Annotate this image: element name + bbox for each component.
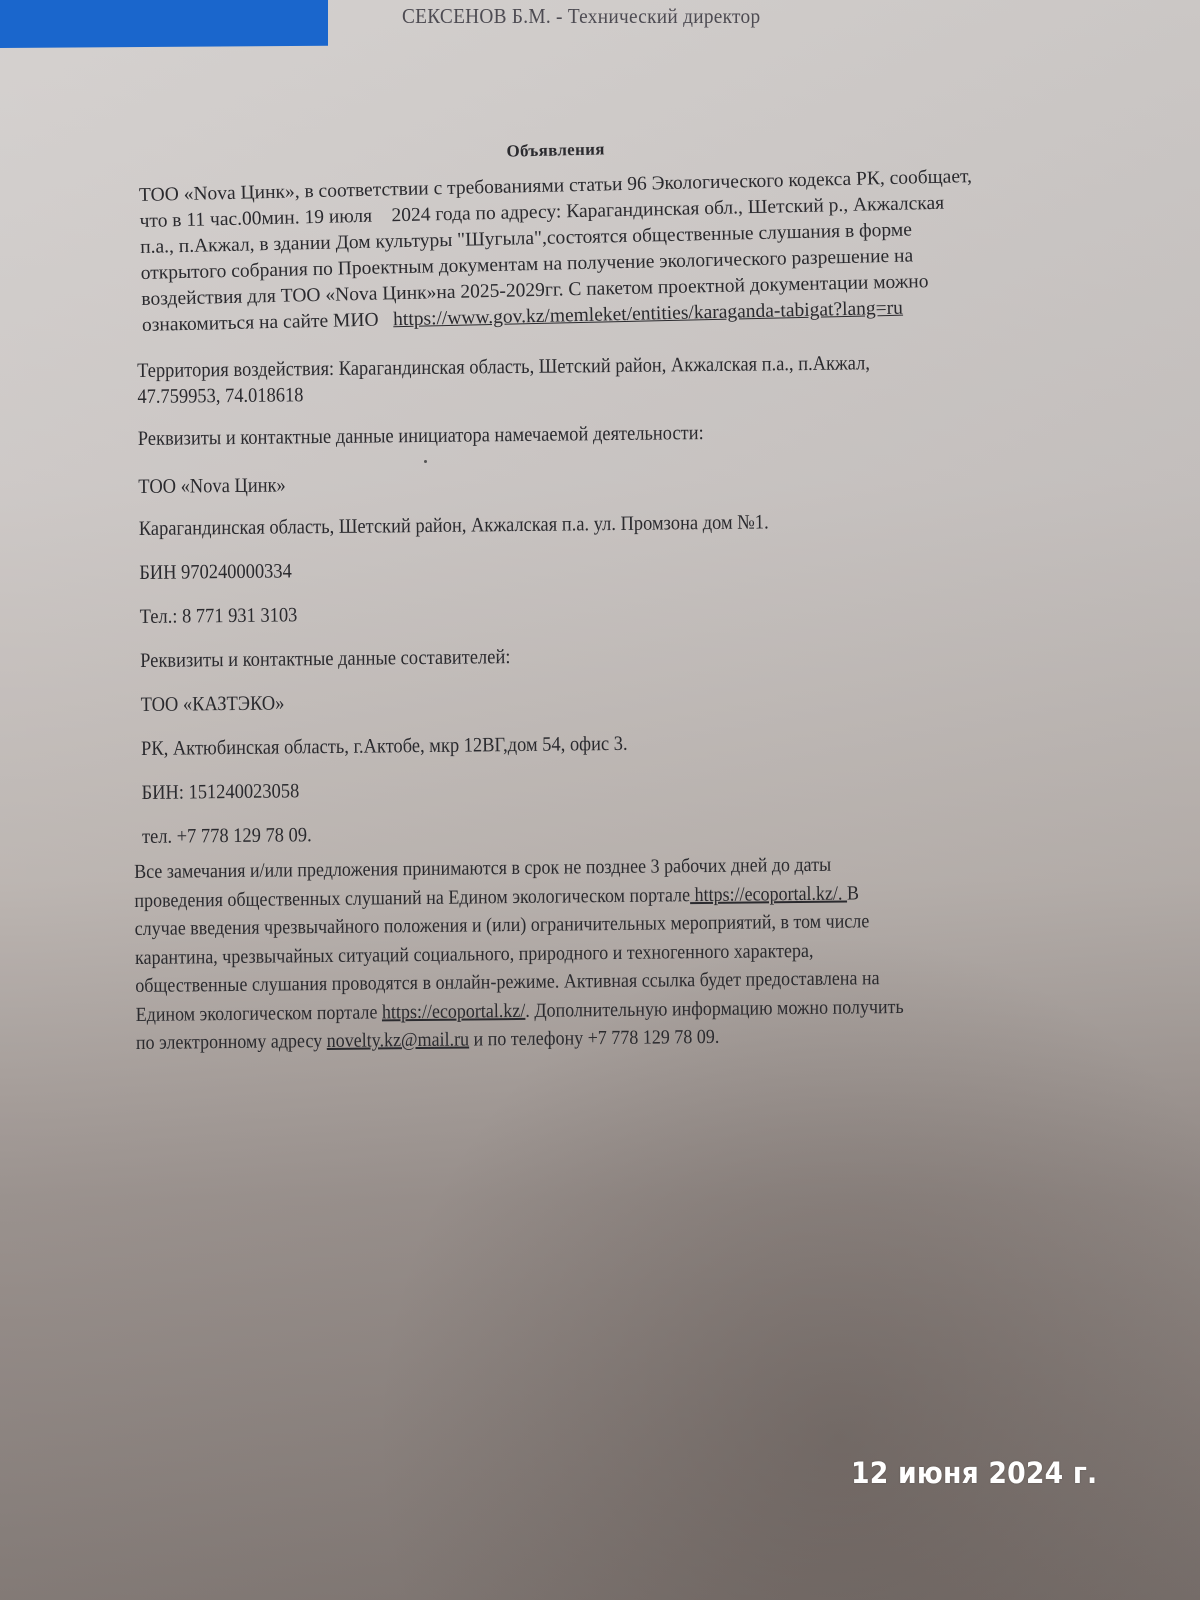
- remarks-section: Все замечания и/или предложения принимаю…: [134, 848, 1136, 1058]
- remarks-text: . Дополнительную информацию можно получи…: [525, 995, 904, 1021]
- composer-bin: БИН: 151240023058: [141, 771, 1041, 806]
- initiator-address: Карагандинская область, Шетский район, А…: [139, 507, 1039, 542]
- ink-speck: [424, 460, 427, 463]
- remarks-text: проведения общественных слушаний на Един…: [134, 884, 690, 912]
- ecoportal-link-2[interactable]: https://ecoportal.kz/: [382, 999, 526, 1023]
- announcement-intro: Объявления ТОО «Nova Цинк», в соответств…: [138, 128, 1132, 339]
- intro-last-prefix: ознакомиться на сайте МИО: [142, 309, 394, 336]
- announcement-title: Объявления: [138, 131, 973, 170]
- initiator-phone: Тел.: 8 771 931 3103: [140, 595, 1040, 630]
- remarks-paragraph: Все замечания и/или предложения принимаю…: [134, 849, 1027, 1058]
- composer-name: ТОО «КАЗТЭКО»: [140, 683, 1040, 718]
- initiator-name: ТОО «Nova Цинк»: [138, 465, 1038, 500]
- signature-line: СЕКСЕНОВ Б.М. - Технический директор: [402, 4, 760, 29]
- composer-heading: Реквизиты и контактные данные составител…: [140, 639, 1040, 674]
- details-section: Территория воздействия: Карагандинская о…: [137, 348, 1142, 850]
- remarks-text: по электронному адресу: [136, 1030, 327, 1054]
- remarks-text: В: [847, 882, 859, 904]
- composer-address: РК, Актюбинская область, г.Актобе, мкр 1…: [141, 727, 1041, 762]
- remarks-text: и по телефону +7 778 129 78 09.: [469, 1026, 719, 1051]
- intro-paragraph: ТОО «Nova Цинк», в соответствии с требов…: [139, 162, 1057, 339]
- photo-date-watermark: 12 июня 2024 г.: [851, 1456, 1097, 1490]
- remarks-text: Едином экологическом портале: [136, 1001, 382, 1026]
- email-link[interactable]: novelty.kz@mail.ru: [327, 1029, 470, 1052]
- initiator-heading: Реквизиты и контактные данные инициатора…: [138, 417, 1038, 452]
- initiator-bin: БИН 970240000334: [139, 551, 1039, 586]
- ecoportal-link[interactable]: https://ecoportal.kz/.: [690, 882, 847, 906]
- blue-folder-tab: [0, 0, 328, 48]
- composer-phone: тел. +7 778 129 78 09.: [142, 815, 1042, 850]
